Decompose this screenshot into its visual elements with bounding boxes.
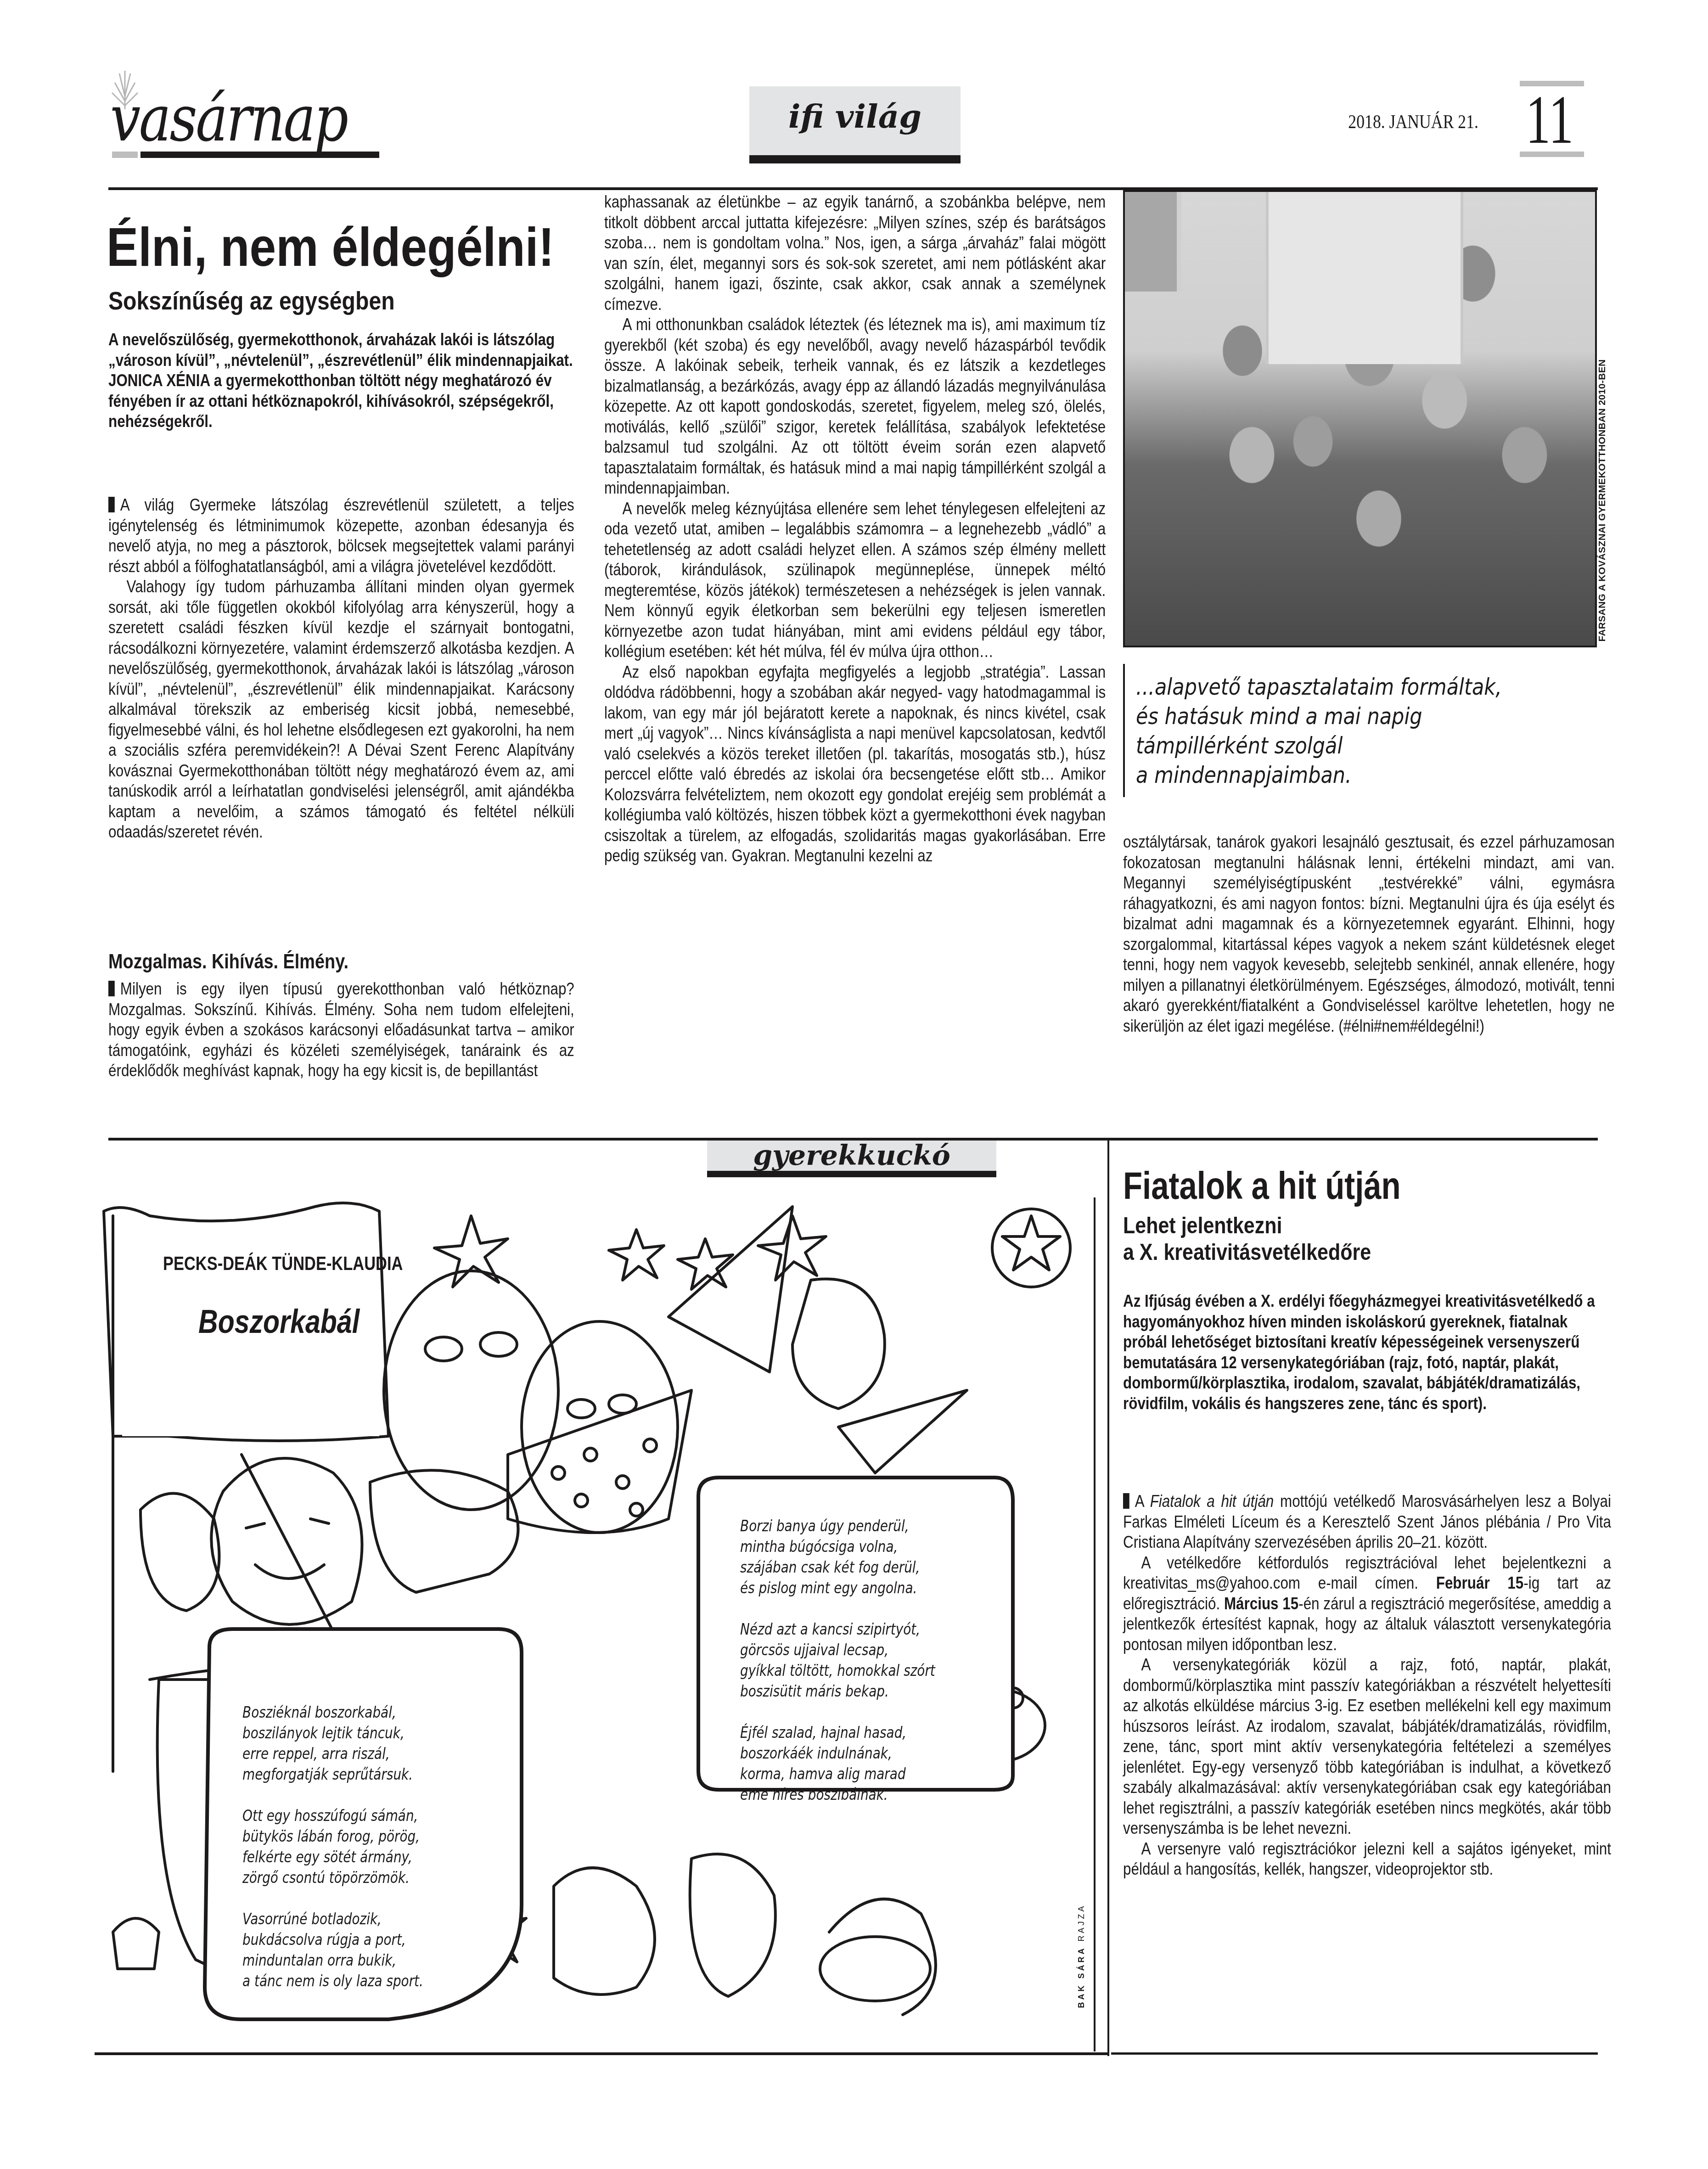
paragraph-marker xyxy=(1123,1493,1129,1509)
article-column-1: A világ Gyermeke látszólag észrevétlenül… xyxy=(108,495,574,843)
pull-quote-line: ...alapvető tapasztalataim formáltak, xyxy=(1136,672,1535,702)
article-paragraph: A mi otthonunkban családok léteztek (és … xyxy=(604,315,1106,499)
article-paragraph: kaphassanak az életünkbe – az egyik taná… xyxy=(604,192,1106,315)
poem-stanza: Bosziéknál boszorkabál,boszilányok lejti… xyxy=(242,1703,423,1785)
poem-title: Boszorkabál xyxy=(198,1303,360,1341)
photo-caption: FARSANG A KOVÁSZNAI GYERMEKOTTHONBAN 201… xyxy=(1593,349,1612,652)
side-article-headline: Fiatalok a hit útján xyxy=(1123,1163,1401,1208)
poem-stanza: Ott egy hosszúfogú sámán,bütykös lábán f… xyxy=(242,1806,423,1888)
article-column-3: osztálytársak, tanárok gyakori lesajnáló… xyxy=(1123,832,1615,1036)
article-paragraph: Valahogy így tudom párhuzamba állítani m… xyxy=(108,577,574,843)
article-column-2: kaphassanak az életünkbe – az egyik taná… xyxy=(604,192,1106,866)
poem-stanza: Borzi banya úgy penderül,mintha búgócsig… xyxy=(740,1516,935,1599)
newspaper-logo: vasárnap xyxy=(110,69,386,156)
article-column-1-continued: Milyen is egy ilyen típusú gyerekotthonb… xyxy=(108,979,574,1081)
article-paragraph: A Fiatalok a hit útján mottójú vetélkedő… xyxy=(1123,1491,1611,1553)
poem-stanza: Nézd azt a kancsi szipirtyót,görcsös ujj… xyxy=(740,1619,935,1702)
poem-stanza: Vasorrúné botladozik,bukdácsolva rúgja a… xyxy=(242,1909,423,1992)
side-article-subheadline: Lehet jelentkezni a X. kreativitásvetélk… xyxy=(1123,1212,1371,1265)
pull-quote-line: és hatásuk mind a mai napig xyxy=(1136,702,1535,731)
side-bottom-rule xyxy=(1111,2052,1598,2055)
issue-date: 2018. JANUÁR 21. xyxy=(1338,111,1478,133)
photo-wall-panel xyxy=(1125,192,1181,292)
poem-author: PECKS-DEÁK TÜNDE-KLAUDIA xyxy=(163,1253,403,1275)
page-number-bar-bottom xyxy=(1520,152,1584,157)
logo-underline-accent xyxy=(112,152,138,158)
article-lead: A nevelőszülőség, gyermekotthonok, árvah… xyxy=(108,330,574,432)
logo-wordmark: vasárnap xyxy=(110,87,347,151)
logo-underline xyxy=(140,152,379,158)
section-tag-label: ifi világ xyxy=(749,97,961,135)
column-divider xyxy=(1107,1138,1109,2056)
poem-stanza: Éjfél szalad, hajnal hasad,boszorkáék in… xyxy=(740,1723,935,1805)
pull-quote-line: a mindennapjaimban. xyxy=(1136,760,1535,790)
article-paragraph: A világ Gyermeke látszólag észrevétlenül… xyxy=(108,495,574,577)
section-tag-ifi-vilag: ifi világ xyxy=(749,86,961,155)
drawing-credit: BAK SÁRA RAJZA xyxy=(1074,1887,1088,2025)
poem-left-bubble: Bosziéknál boszorkabál,boszilányok lejti… xyxy=(242,1703,423,2012)
side-article-body: A Fiatalok a hit útján mottójú vetélkedő… xyxy=(1123,1491,1611,1880)
paragraph-marker xyxy=(108,981,115,996)
side-article-lead: Az Ifjúság évében a X. erdélyi főegyházm… xyxy=(1123,1291,1609,1414)
article-paragraph: A nevelők meleg kéznyújtása ellenére sem… xyxy=(604,499,1106,662)
article-paragraph: Az első napokban egyfajta megfigyelés a … xyxy=(604,662,1106,866)
article-paragraph: A versenykategóriák közül a rajz, fotó, … xyxy=(1123,1655,1611,1839)
poem-right-bubble: Borzi banya úgy penderül,mintha búgócsig… xyxy=(740,1516,935,1826)
page-number: 11 xyxy=(1525,85,1574,154)
article-paragraph: Milyen is egy ilyen típusú gyerekotthonb… xyxy=(108,979,574,1081)
article-headline: Élni, nem éldegélni! xyxy=(107,220,554,275)
pull-quote-line: támpillérként szolgál xyxy=(1136,731,1535,760)
paragraph-marker xyxy=(108,497,115,512)
section-tag-label: gyerekkuckó xyxy=(707,1140,996,1172)
section-tag-gyerekkucko: gyerekkuckó xyxy=(707,1141,996,1171)
article-paragraph: A vetélkedőre kétfordulós regisztrációva… xyxy=(1123,1553,1611,1655)
bottom-rule xyxy=(95,2052,1107,2055)
article-photo xyxy=(1123,190,1597,647)
article-paragraph: A versenyre való regisztrációkor jelezni… xyxy=(1123,1839,1611,1880)
article-section-heading: Mozgalmas. Kihívás. Élmény. xyxy=(108,950,348,973)
photo-door xyxy=(1266,192,1463,364)
pull-quote: ...alapvető tapasztalataim formáltak, és… xyxy=(1123,664,1601,797)
article-paragraph: osztálytársak, tanárok gyakori lesajnáló… xyxy=(1123,832,1615,1036)
article-subheadline: Sokszínűség az egységben xyxy=(108,286,395,315)
